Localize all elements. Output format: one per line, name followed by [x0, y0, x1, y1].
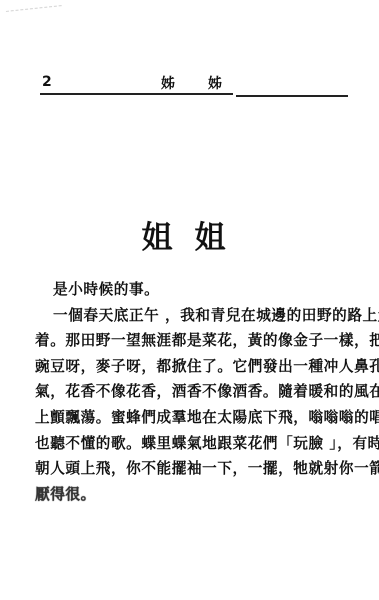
body-line: 是小時候的事。: [35, 277, 347, 303]
body-line: 着。那田野一望無涯都是菜花，黃的像金子一樣，把那些: [35, 328, 347, 354]
body-line: 上顫飄蕩。蜜蜂們成羣地在太陽底下飛，嗡嗡嗡的唱着誰: [35, 405, 347, 431]
page-header: 2 姊 姊: [40, 72, 350, 96]
chapter-title: 姐姐: [0, 212, 379, 257]
header-rule-right: [236, 95, 348, 97]
body-line: 一個春天底正午 ，我和青兒在城邊的田野的路上走: [35, 303, 347, 329]
page-number: 2: [42, 74, 52, 90]
body-line: 氣，花香不像花香，酒香不像酒香。隨着暖和的風在田野: [35, 379, 347, 405]
header-rule-left: [40, 93, 233, 95]
body-line: 豌豆呀，麥子呀，都掀住了。它們發出一種冲人鼻孔的香: [35, 354, 347, 380]
running-title-char-1: 姊: [161, 73, 175, 93]
body-text: 是小時候的事。 一個春天底正午 ，我和青兒在城邊的田野的路上走 着。那田野一望無…: [35, 277, 347, 507]
body-line: 也聽不懂的歌。蝶里蝶氣地跟菜花們「玩臉 」，有時候還: [35, 431, 347, 457]
body-line: 厭得很。: [35, 482, 347, 508]
running-title-char-2: 姊: [208, 73, 222, 93]
scan-watermark: [6, 5, 62, 16]
body-line: 朝人頭上飛，你不能擺袖一下，一擺，牠就射你一箭，討: [35, 456, 347, 482]
